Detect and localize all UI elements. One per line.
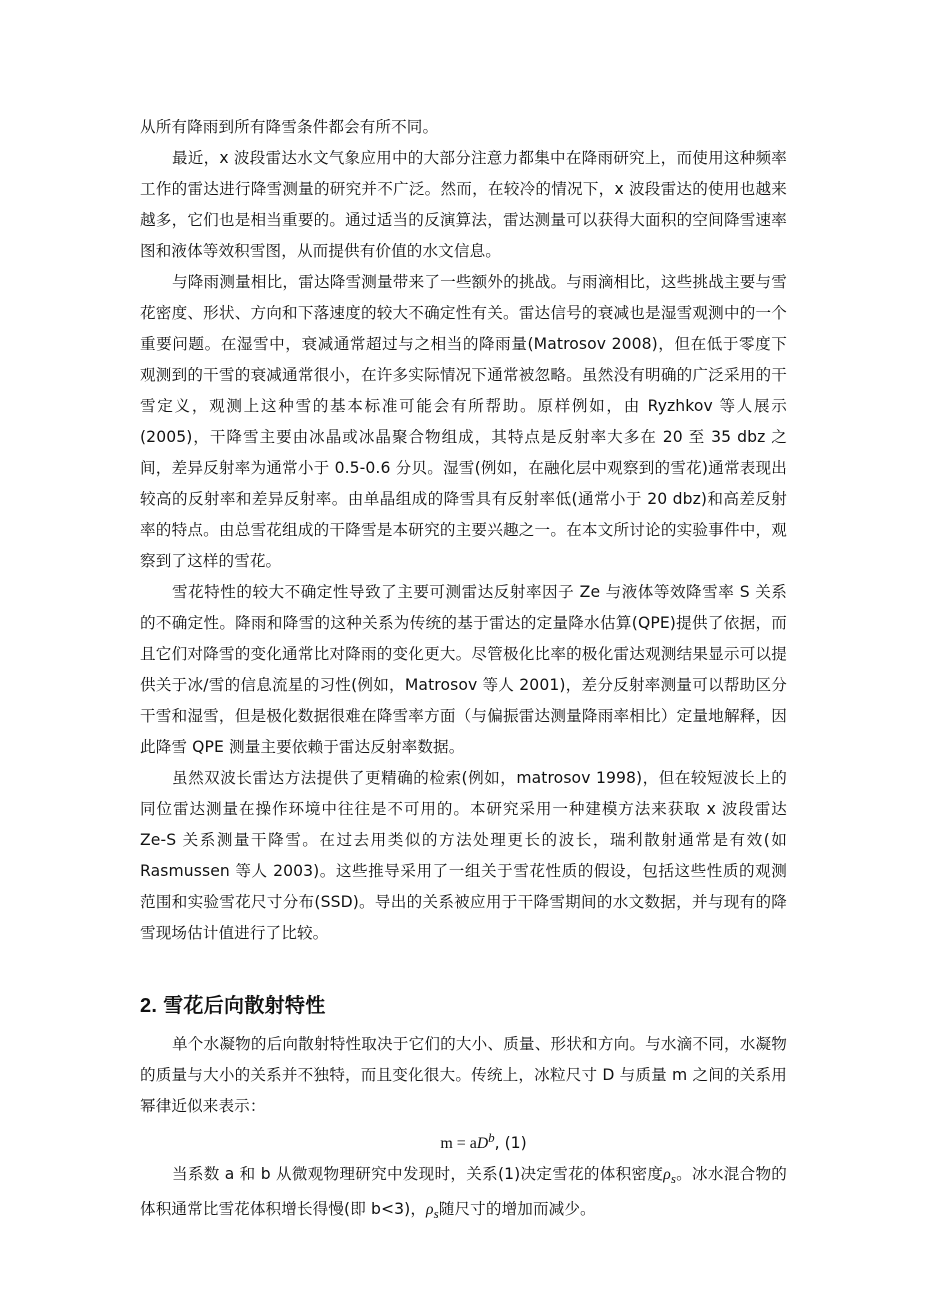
density-text-1: 当系数 a 和 b 从微观物理研究中发现时，关系(1)决定雪花的体积密度 <box>172 1165 663 1183</box>
equation-lhs: m = a <box>440 1135 477 1152</box>
rho-symbol: ρ <box>663 1166 671 1183</box>
paragraph-snow-challenges: 与降雨测量相比，雷达降雪测量带来了一些额外的挑战。与雨滴相比，这些挑战主要与雪花… <box>140 267 787 577</box>
paragraph-dual-wavelength: 虽然双波长雷达方法提供了更精确的检索(例如，matrosov 1998)，但在较… <box>140 763 787 949</box>
section-heading: 2. 雪花后向散射特性 <box>140 991 787 1021</box>
paragraph-x-band-intro: 最近，x 波段雷达水文气象应用中的大部分注意力都集中在降雨研究上，而使用这种频率… <box>140 143 787 267</box>
density-text-3: 随尺寸的增加而减少。 <box>439 1200 596 1218</box>
equation-label: , (1) <box>495 1134 527 1152</box>
paragraph-ze-s-uncertainty: 雪花特性的较大不确定性导致了主要可测雷达反射率因子 Ze 与液体等效降雪率 S … <box>140 577 787 763</box>
rho-symbol-2: ρ <box>426 1201 434 1218</box>
paragraph-density: 当系数 a 和 b 从微观物理研究中发现时，关系(1)决定雪花的体积密度ρs。冰… <box>140 1159 787 1229</box>
paragraph-continuation: 从所有降雨到所有降雪条件都会有所不同。 <box>140 112 787 143</box>
equation-1: m = aDb, (1) <box>140 1122 787 1159</box>
equation-var: D <box>477 1135 488 1152</box>
paragraph-backscatter: 单个水凝物的后向散射特性取决于它们的大小、质量、形状和方向。与水滴不同，水凝物的… <box>140 1029 787 1122</box>
document-page: 从所有降雨到所有降雪条件都会有所不同。 最近，x 波段雷达水文气象应用中的大部分… <box>140 112 787 1229</box>
